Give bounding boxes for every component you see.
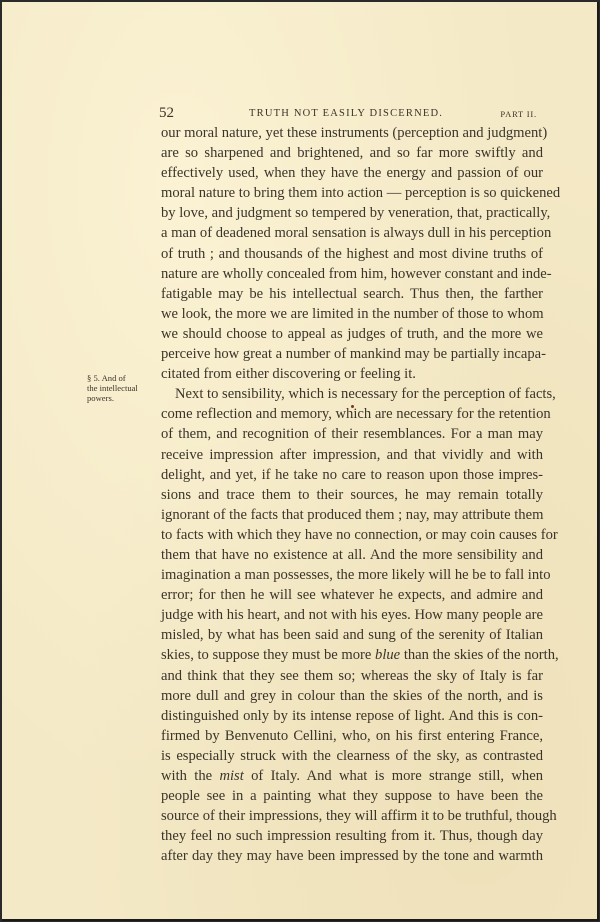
text-line: perceive how great a number of mankind m…: [161, 344, 543, 364]
text-line: of them, and recognition of their resemb…: [161, 424, 543, 444]
book-page: 52 TRUTH NOT EASILY DISCERNED. PART II. …: [2, 2, 599, 921]
text-line: by love, and judgment so tempered by ven…: [161, 203, 543, 223]
text-line: sions and trace them to their sources, h…: [161, 485, 543, 505]
text-line: we should choose to appeal as judges of …: [161, 324, 543, 344]
text-line: more dull and grey in colour than the sk…: [161, 686, 543, 706]
text-line: fatigable may be his intellectual search…: [161, 284, 543, 304]
page-header: 52 TRUTH NOT EASILY DISCERNED. PART II.: [159, 105, 537, 123]
text-line: error; for then he will see whatever he …: [161, 585, 543, 605]
italic-word: blue: [375, 647, 400, 663]
text-segment: with the: [161, 768, 219, 784]
text-line: people see in a painting what they suppo…: [161, 786, 543, 806]
page-number: 52: [159, 105, 174, 122]
text-line: citated from either discovering or feeli…: [161, 364, 543, 384]
text-line: effectively used, when they have the ene…: [161, 163, 543, 183]
text-line: come reflection and memory, which are ne…: [161, 404, 543, 424]
text-line: to facts with which they have no connect…: [161, 525, 543, 545]
text-line: after day they may have been impressed b…: [161, 846, 543, 866]
body-text: our moral nature, yet these instruments …: [161, 123, 543, 866]
text-line: they feel no such impression resulting f…: [161, 826, 543, 846]
text-line: a man of deadened moral sensation is alw…: [161, 223, 543, 243]
text-line: is especially struck with the clearness …: [161, 746, 543, 766]
text-line: receive impression after impression, and…: [161, 445, 543, 465]
part-label: PART II.: [500, 109, 537, 119]
text-line: and think that they see them so; whereas…: [161, 666, 543, 686]
text-segment: than the skies of the north,: [400, 647, 558, 663]
text-line: source of their impressions, they will a…: [161, 806, 543, 826]
text-line: them that have no existence at all. And …: [161, 545, 543, 565]
text-line-with-italic: skies, to suppose they must be more blue…: [161, 645, 543, 665]
margin-note: § 5. And of the intellectual powers.: [87, 373, 157, 403]
running-title: TRUTH NOT EASILY DISCERNED.: [249, 108, 443, 119]
text-line: firmed by Benvenuto Cellini, who, on his…: [161, 726, 543, 746]
text-line: we look, the more we are limited in the …: [161, 304, 543, 324]
text-segment: of Italy. And what is more strange still…: [244, 768, 543, 784]
text-line: are so sharpened and brightened, and so …: [161, 143, 543, 163]
text-line: our moral nature, yet these instruments …: [161, 123, 543, 143]
text-line-with-italic: with the mist of Italy. And what is more…: [161, 766, 543, 786]
text-line: of truth ; and thousands of the highest …: [161, 244, 543, 264]
italic-word: mist: [219, 768, 243, 784]
text-line: misled, by what has been said and sung o…: [161, 625, 543, 645]
text-segment: skies, to suppose they must be more: [161, 647, 375, 663]
text-line: nature are wholly concealed from him, ho…: [161, 264, 543, 284]
text-line: judge with his heart, and not with his e…: [161, 605, 543, 625]
text-line: imagination a man possesses, the more li…: [161, 565, 543, 585]
text-line: distinguished only by its intense repose…: [161, 706, 543, 726]
paragraph-start-line: Next to sensibility, which is necessary …: [161, 384, 543, 404]
margin-note-line: the intellectual: [87, 383, 157, 393]
margin-note-line: § 5. And of: [87, 373, 157, 383]
text-line: ignorant of the facts that produced them…: [161, 505, 543, 525]
text-line: delight, and yet, if he take no care to …: [161, 465, 543, 485]
text-line: moral nature to bring them into action —…: [161, 183, 543, 203]
margin-note-line: powers.: [87, 393, 157, 403]
